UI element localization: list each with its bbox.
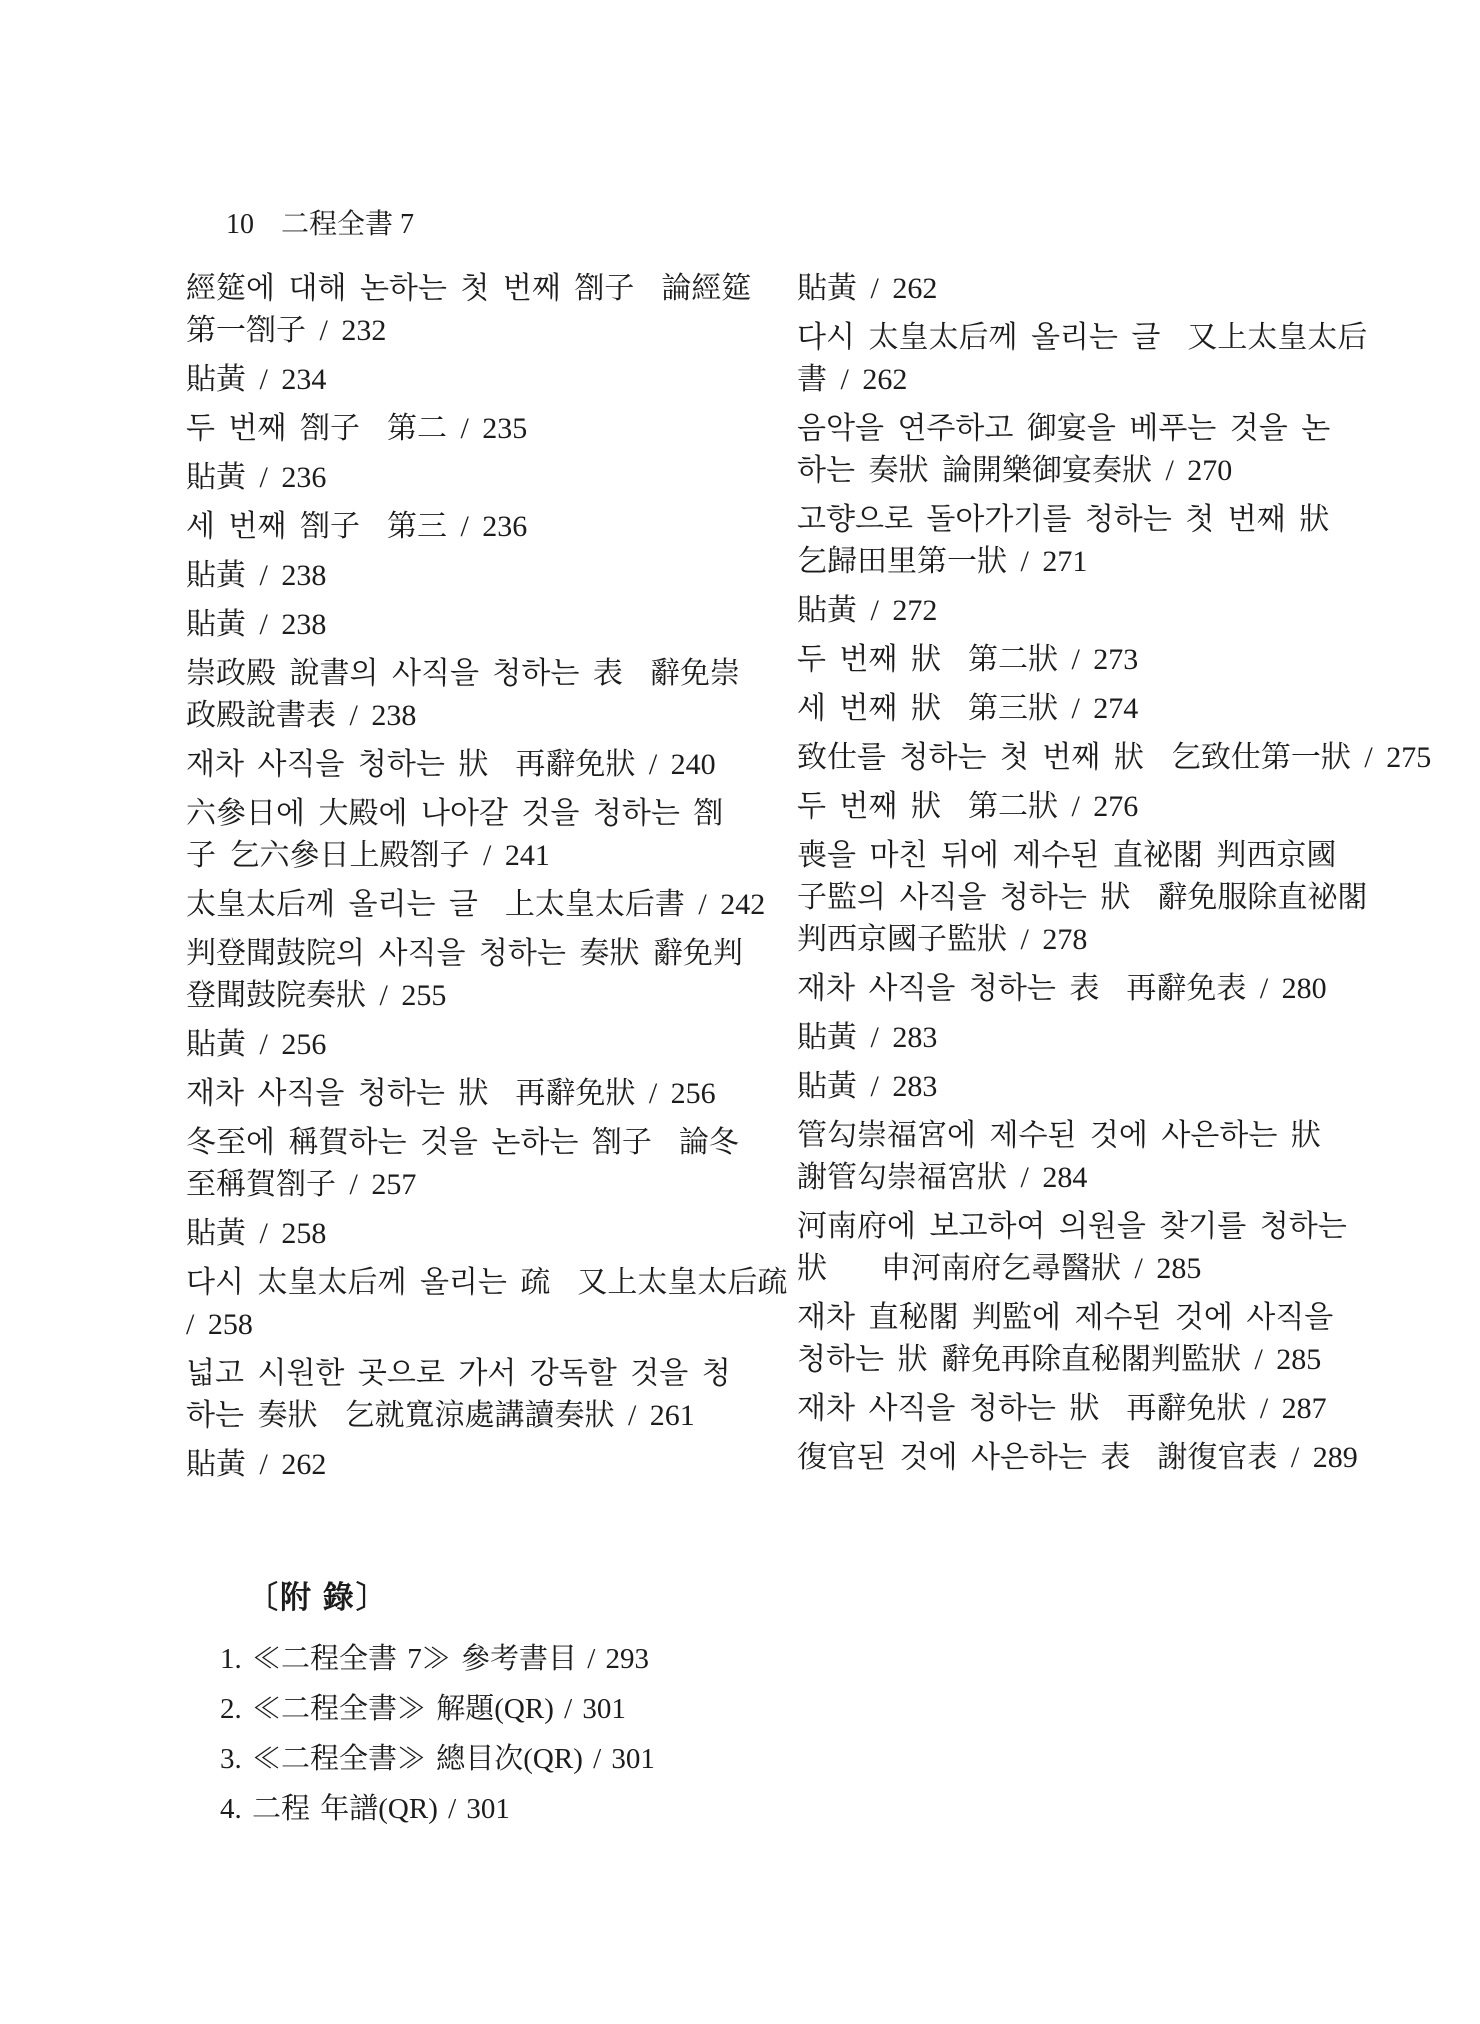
toc-entry: 세 번째 狀 第三狀 / 274	[797, 688, 1347, 730]
toc-entry-line: 崇政殿 說書의 사직을 청하는 表 辭免崇	[186, 653, 731, 695]
toc-entry-line: 子監의 사직을 청하는 狀 辭免服除直祕閣	[797, 877, 1347, 919]
toc-entry: 經筵에 대해 논하는 첫 번째 劄子 論經筵第一劄子 / 232	[186, 268, 731, 352]
toc-entry-line: 두 번째 劄子 第二 / 235	[186, 408, 731, 450]
toc-entry: 두 번째 狀 第二狀 / 276	[797, 786, 1347, 828]
toc-entry: 貼黃 / 256	[186, 1024, 731, 1066]
appendix-item: 3. ≪二程全書≫ 總目次(QR) / 301	[220, 1734, 655, 1784]
toc-entry-line: 貼黃 / 256	[186, 1024, 731, 1066]
toc-entry: 재차 사직을 청하는 狀 再辭免狀 / 240	[186, 744, 731, 786]
toc-entry-line: 貼黃 / 272	[797, 590, 1347, 632]
toc-entry: 재차 直秘閣 判監에 제수된 것에 사직을청하는 狀 辭免再除直秘閣判監狀 / …	[797, 1297, 1347, 1381]
toc-entry-line: 貼黃 / 258	[186, 1213, 731, 1255]
toc-entry-line: 세 번째 劄子 第三 / 236	[186, 506, 731, 548]
toc-entry-line: 세 번째 狀 第三狀 / 274	[797, 688, 1347, 730]
toc-entry-line: 재차 사직을 청하는 狀 再辭免狀 / 240	[186, 744, 731, 786]
appendix-list: 1. ≪二程全書 7≫ 參考書目 / 2932. ≪二程全書≫ 解題(QR) /…	[220, 1634, 655, 1834]
toc-entry-line: 六參日에 大殿에 나아갈 것을 청하는 劄	[186, 793, 731, 835]
toc-entry-line: 청하는 狀 辭免再除直秘閣判監狀 / 285	[797, 1339, 1347, 1381]
toc-entry: 다시 太皇太后께 올리는 疏 又上太皇太后疏/ 258	[186, 1262, 731, 1346]
appendix-item: 2. ≪二程全書≫ 解題(QR) / 301	[220, 1684, 655, 1734]
toc-entry: 崇政殿 說書의 사직을 청하는 表 辭免崇政殿說書表 / 238	[186, 653, 731, 737]
toc-entry: 貼黃 / 238	[186, 555, 731, 597]
toc-entry-line: 하는 奏狀 乞就寬涼處講讀奏狀 / 261	[186, 1395, 731, 1437]
toc-entry: 太皇太后께 올리는 글 上太皇太后書 / 242	[186, 884, 731, 926]
toc-entry-line: 判西京國子監狀 / 278	[797, 919, 1347, 961]
document-page: 10二程全書 7 經筵에 대해 논하는 첫 번째 劄子 論經筵第一劄子 / 23…	[0, 0, 1480, 2024]
toc-entry-line: 두 번째 狀 第二狀 / 276	[797, 786, 1347, 828]
toc-entry-line: 狀 申河南府乞尋醫狀 / 285	[797, 1248, 1347, 1290]
toc-entry: 貼黃 / 283	[797, 1017, 1347, 1059]
toc-entry: 管勾崇福宮에 제수된 것에 사은하는 狀謝管勾崇福宮狀 / 284	[797, 1115, 1347, 1199]
toc-entry-line: / 258	[186, 1304, 731, 1346]
toc-entry-line: 貼黃 / 283	[797, 1017, 1347, 1059]
toc-entry-line: 判登聞鼓院의 사직을 청하는 奏狀 辭免判	[186, 933, 731, 975]
toc-entry-line: 貼黃 / 262	[797, 268, 1347, 310]
toc-entry: 貼黃 / 283	[797, 1066, 1347, 1108]
toc-entry: 貼黃 / 272	[797, 590, 1347, 632]
toc-entry-line: 貼黃 / 262	[186, 1444, 731, 1486]
toc-entry-line: 다시 太皇太后께 올리는 글 又上太皇太后	[797, 317, 1347, 359]
toc-entry-line: 第一劄子 / 232	[186, 310, 731, 352]
toc-entry: 재차 사직을 청하는 表 再辭免表 / 280	[797, 968, 1347, 1010]
toc-entry-line: 고향으로 돌아가기를 청하는 첫 번째 狀	[797, 499, 1347, 541]
toc-entry-line: 하는 奏狀 論開樂御宴奏狀 / 270	[797, 450, 1347, 492]
toc-entry: 河南府에 보고하여 의원을 찾기를 청하는狀 申河南府乞尋醫狀 / 285	[797, 1206, 1347, 1290]
toc-entry-line: 河南府에 보고하여 의원을 찾기를 청하는	[797, 1206, 1347, 1248]
toc-entry: 喪을 마친 뒤에 제수된 直祕閣 判西京國子監의 사직을 청하는 狀 辭免服除直…	[797, 835, 1347, 961]
toc-entry-line: 貼黃 / 283	[797, 1066, 1347, 1108]
toc-entry-line: 書 / 262	[797, 359, 1347, 401]
toc-entry: 재차 사직을 청하는 狀 再辭免狀 / 287	[797, 1388, 1347, 1430]
toc-entry-line: 乞歸田里第一狀 / 271	[797, 541, 1347, 583]
toc-entry-line: 子 乞六參日上殿劄子 / 241	[186, 835, 731, 877]
toc-entry-line: 다시 太皇太后께 올리는 疏 又上太皇太后疏	[186, 1262, 731, 1304]
toc-entry: 復官된 것에 사은하는 表 謝復官表 / 289	[797, 1437, 1347, 1479]
toc-entry: 넓고 시원한 곳으로 가서 강독할 것을 청하는 奏狀 乞就寬涼處講讀奏狀 / …	[186, 1353, 731, 1437]
toc-entry: 冬至에 稱賀하는 것을 논하는 劄子 論冬至稱賀劄子 / 257	[186, 1122, 731, 1206]
toc-column-left: 經筵에 대해 논하는 첫 번째 劄子 論經筵第一劄子 / 232貼黃 / 234…	[186, 268, 731, 1493]
toc-entry: 두 번째 狀 第二狀 / 273	[797, 639, 1347, 681]
toc-entry-line: 재차 直秘閣 判監에 제수된 것에 사직을	[797, 1297, 1347, 1339]
toc-column-right: 貼黃 / 262다시 太皇太后께 올리는 글 又上太皇太后書 / 262음악을 …	[797, 268, 1347, 1486]
toc-entry-line: 재차 사직을 청하는 狀 再辭免狀 / 287	[797, 1388, 1347, 1430]
toc-entry-line: 貼黃 / 236	[186, 457, 731, 499]
toc-entry: 다시 太皇太后께 올리는 글 又上太皇太后書 / 262	[797, 317, 1347, 401]
toc-entry-line: 貼黃 / 238	[186, 604, 731, 646]
toc-entry-line: 음악을 연주하고 御宴을 베푸는 것을 논	[797, 408, 1347, 450]
toc-entry-line: 至稱賀劄子 / 257	[186, 1164, 731, 1206]
toc-entry: 致仕를 청하는 첫 번째 狀 乞致仕第一狀 / 275	[797, 737, 1347, 779]
toc-entry-line: 넓고 시원한 곳으로 가서 강독할 것을 청	[186, 1353, 731, 1395]
toc-entry-line: 太皇太后께 올리는 글 上太皇太后書 / 242	[186, 884, 731, 926]
page-number: 10	[226, 209, 254, 240]
appendix-item: 4. 二程 年譜(QR) / 301	[220, 1784, 655, 1834]
toc-entry-line: 登聞鼓院奏狀 / 255	[186, 975, 731, 1017]
book-title: 二程全書 7	[281, 209, 414, 240]
toc-entry-line: 재차 사직을 청하는 表 再辭免表 / 280	[797, 968, 1347, 1010]
toc-entry-line: 謝管勾崇福宮狀 / 284	[797, 1157, 1347, 1199]
toc-entry: 貼黃 / 236	[186, 457, 731, 499]
toc-entry-line: 管勾崇福宮에 제수된 것에 사은하는 狀	[797, 1115, 1347, 1157]
toc-entry-line: 喪을 마친 뒤에 제수된 直祕閣 判西京國	[797, 835, 1347, 877]
toc-entry: 貼黃 / 258	[186, 1213, 731, 1255]
toc-entry: 貼黃 / 262	[797, 268, 1347, 310]
toc-entry-line: 貼黃 / 234	[186, 359, 731, 401]
toc-entry-line: 재차 사직을 청하는 狀 再辭免狀 / 256	[186, 1073, 731, 1115]
running-header: 10二程全書 7	[198, 170, 414, 274]
toc-entry: 고향으로 돌아가기를 청하는 첫 번째 狀乞歸田里第一狀 / 271	[797, 499, 1347, 583]
toc-entry-line: 두 번째 狀 第二狀 / 273	[797, 639, 1347, 681]
toc-entry-line: 政殿說書表 / 238	[186, 695, 731, 737]
toc-entry-line: 經筵에 대해 논하는 첫 번째 劄子 論經筵	[186, 268, 731, 310]
toc-entry: 貼黃 / 234	[186, 359, 731, 401]
toc-entry-line: 貼黃 / 238	[186, 555, 731, 597]
appendix-item: 1. ≪二程全書 7≫ 參考書目 / 293	[220, 1634, 655, 1684]
toc-entry: 貼黃 / 262	[186, 1444, 731, 1486]
toc-entry-line: 致仕를 청하는 첫 번째 狀 乞致仕第一狀 / 275	[797, 737, 1347, 779]
toc-entry: 재차 사직을 청하는 狀 再辭免狀 / 256	[186, 1073, 731, 1115]
toc-entry: 음악을 연주하고 御宴을 베푸는 것을 논하는 奏狀 論開樂御宴奏狀 / 270	[797, 408, 1347, 492]
appendix-heading: 〔附 錄〕	[247, 1572, 389, 1617]
toc-entry: 세 번째 劄子 第三 / 236	[186, 506, 731, 548]
toc-entry-line: 冬至에 稱賀하는 것을 논하는 劄子 論冬	[186, 1122, 731, 1164]
toc-entry: 判登聞鼓院의 사직을 청하는 奏狀 辭免判登聞鼓院奏狀 / 255	[186, 933, 731, 1017]
toc-entry: 六參日에 大殿에 나아갈 것을 청하는 劄子 乞六參日上殿劄子 / 241	[186, 793, 731, 877]
toc-entry: 貼黃 / 238	[186, 604, 731, 646]
toc-entry: 두 번째 劄子 第二 / 235	[186, 408, 731, 450]
toc-entry-line: 復官된 것에 사은하는 表 謝復官表 / 289	[797, 1437, 1347, 1479]
